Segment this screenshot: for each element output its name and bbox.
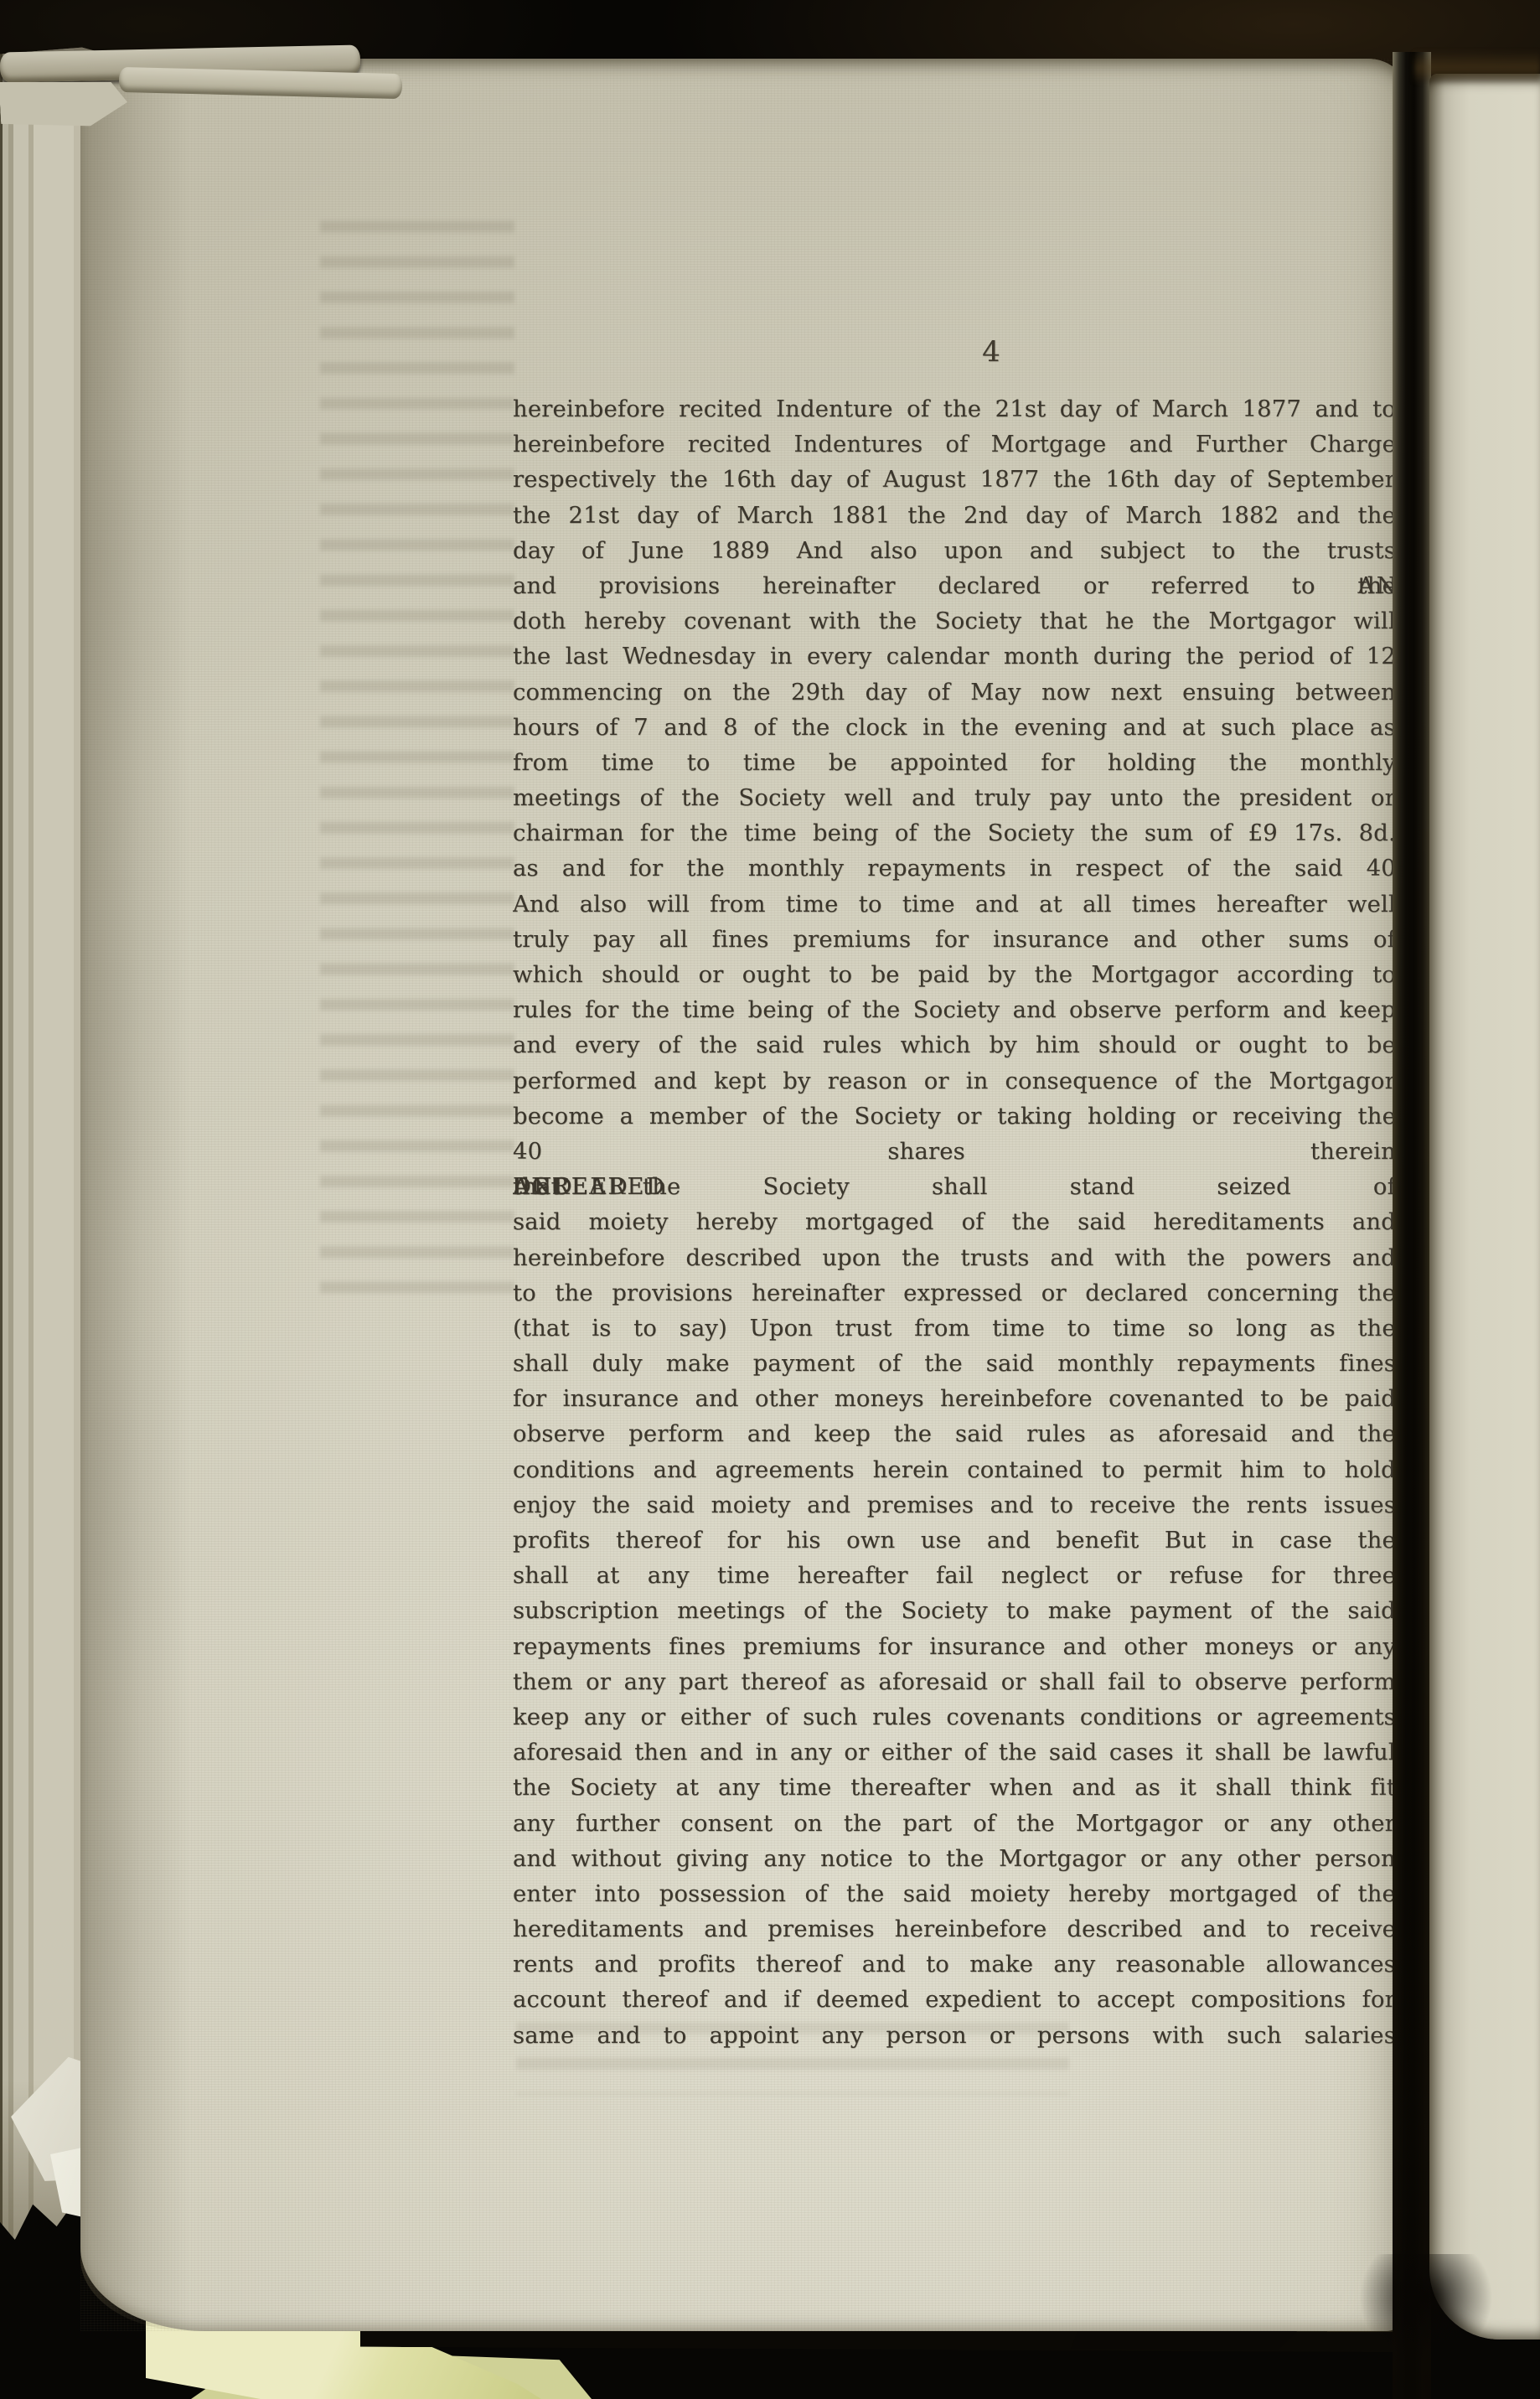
book-scan: 4 hereinbefore recited Indenture of the … <box>0 0 1540 2399</box>
gutter-bottom-shadow <box>1334 2254 1518 2399</box>
text-line: enter into possession of the said moiety… <box>513 1877 1396 1912</box>
text-line: from time to time be appointed for holdi… <box>513 746 1396 781</box>
text-line: (that is to say) Upon trust from time to… <box>513 1311 1396 1347</box>
text-line: respectively the 16th day of August 1877… <box>513 463 1396 498</box>
text-line: which should or ought to be paid by the … <box>513 958 1396 993</box>
text-line: meetings of the Society well and truly p… <box>513 781 1396 816</box>
text-line: and every of the said rules which by him… <box>513 1028 1396 1063</box>
text-line: for insurance and other moneys hereinbef… <box>513 1382 1396 1417</box>
text-line: the last Wednesday in every calendar mon… <box>513 639 1396 675</box>
text-line: truly pay all fines premiums for insuran… <box>513 923 1396 958</box>
text-line: DECLARED AND AGREED that the Society sha… <box>513 1170 1396 1205</box>
text-line: to the provisions hereinafter expressed … <box>513 1276 1396 1311</box>
text-line: observe perform and keep the said rules … <box>513 1417 1396 1452</box>
book-gutter <box>1393 52 1431 2399</box>
text-line: performed and kept by reason or in conse… <box>513 1064 1396 1099</box>
text-line: rules for the time being of the Society … <box>513 993 1396 1028</box>
show-through-text-margin <box>320 199 514 1314</box>
text-line: any further consent on the part of the M… <box>513 1807 1396 1842</box>
text-line: conditions and agreements herein contain… <box>513 1453 1396 1488</box>
text-line: hereinbefore described upon the trusts a… <box>513 1241 1396 1276</box>
caps-word: AGREED <box>513 1170 629 1205</box>
text-line: them or any part thereof as aforesaid or… <box>513 1665 1396 1700</box>
text-line: day of June 1889 And also upon and subje… <box>513 534 1396 569</box>
text-line: enjoy the said moiety and premises and t… <box>513 1488 1396 1523</box>
text-line: 40 shares therein PROVIDED ALWAYS AND IT… <box>513 1135 1396 1170</box>
caps-word: AND <box>1358 569 1396 604</box>
text-line: and provisions hereinafter declared or r… <box>513 569 1396 604</box>
text-line: and without giving any notice to the Mor… <box>513 1842 1396 1877</box>
page-number: 4 <box>945 335 1037 369</box>
text-line: as and for the monthly repayments in res… <box>513 851 1396 887</box>
text-line: hours of 7 and 8 of the clock in the eve… <box>513 711 1396 746</box>
text-line: shall at any time hereafter fail neglect… <box>513 1559 1396 1594</box>
text-line: subscription meetings of the Society to … <box>513 1594 1396 1629</box>
text-line: shall duly make payment of the said mont… <box>513 1347 1396 1382</box>
text-block: hereinbefore recited Indenture of the 21… <box>513 392 1396 2054</box>
text-line: hereinbefore recited Indentures of Mortg… <box>513 427 1396 463</box>
text-line: repayments fines premiums for insurance … <box>513 1630 1396 1665</box>
text-line: And also will from time to time and at a… <box>513 887 1396 923</box>
text-line: the Society at any time thereafter when … <box>513 1771 1396 1806</box>
text-line: chairman for the time being of the Socie… <box>513 816 1396 851</box>
text-line: rents and profits thereof and to make an… <box>513 1947 1396 1983</box>
text-line: aforesaid then and in any or either of t… <box>513 1735 1396 1771</box>
text-line: said moiety hereby mortgaged of the said… <box>513 1205 1396 1240</box>
text-line: hereinbefore recited Indenture of the 21… <box>513 392 1396 427</box>
text-line: hereditaments and premises hereinbefore … <box>513 1912 1396 1947</box>
text-line: keep any or either of such rules covenan… <box>513 1700 1396 1735</box>
facing-page-edge <box>1429 74 1540 2340</box>
text-line: the 21st day of March 1881 the 2nd day o… <box>513 499 1396 534</box>
text-line: become a member of the Society or taking… <box>513 1099 1396 1135</box>
text-line: account thereof and if deemed expedient … <box>513 1983 1396 2018</box>
text-line: commencing on the 29th day of May now ne… <box>513 675 1396 711</box>
book-page: 4 hereinbefore recited Indenture of the … <box>80 59 1408 2331</box>
text-line: profits thereof for his own use and bene… <box>513 1523 1396 1559</box>
text-line: doth hereby covenant with the Society th… <box>513 604 1396 639</box>
text-line: same and to appoint any person or person… <box>513 2019 1396 2054</box>
facing-page-top-shadow <box>1414 50 1540 82</box>
